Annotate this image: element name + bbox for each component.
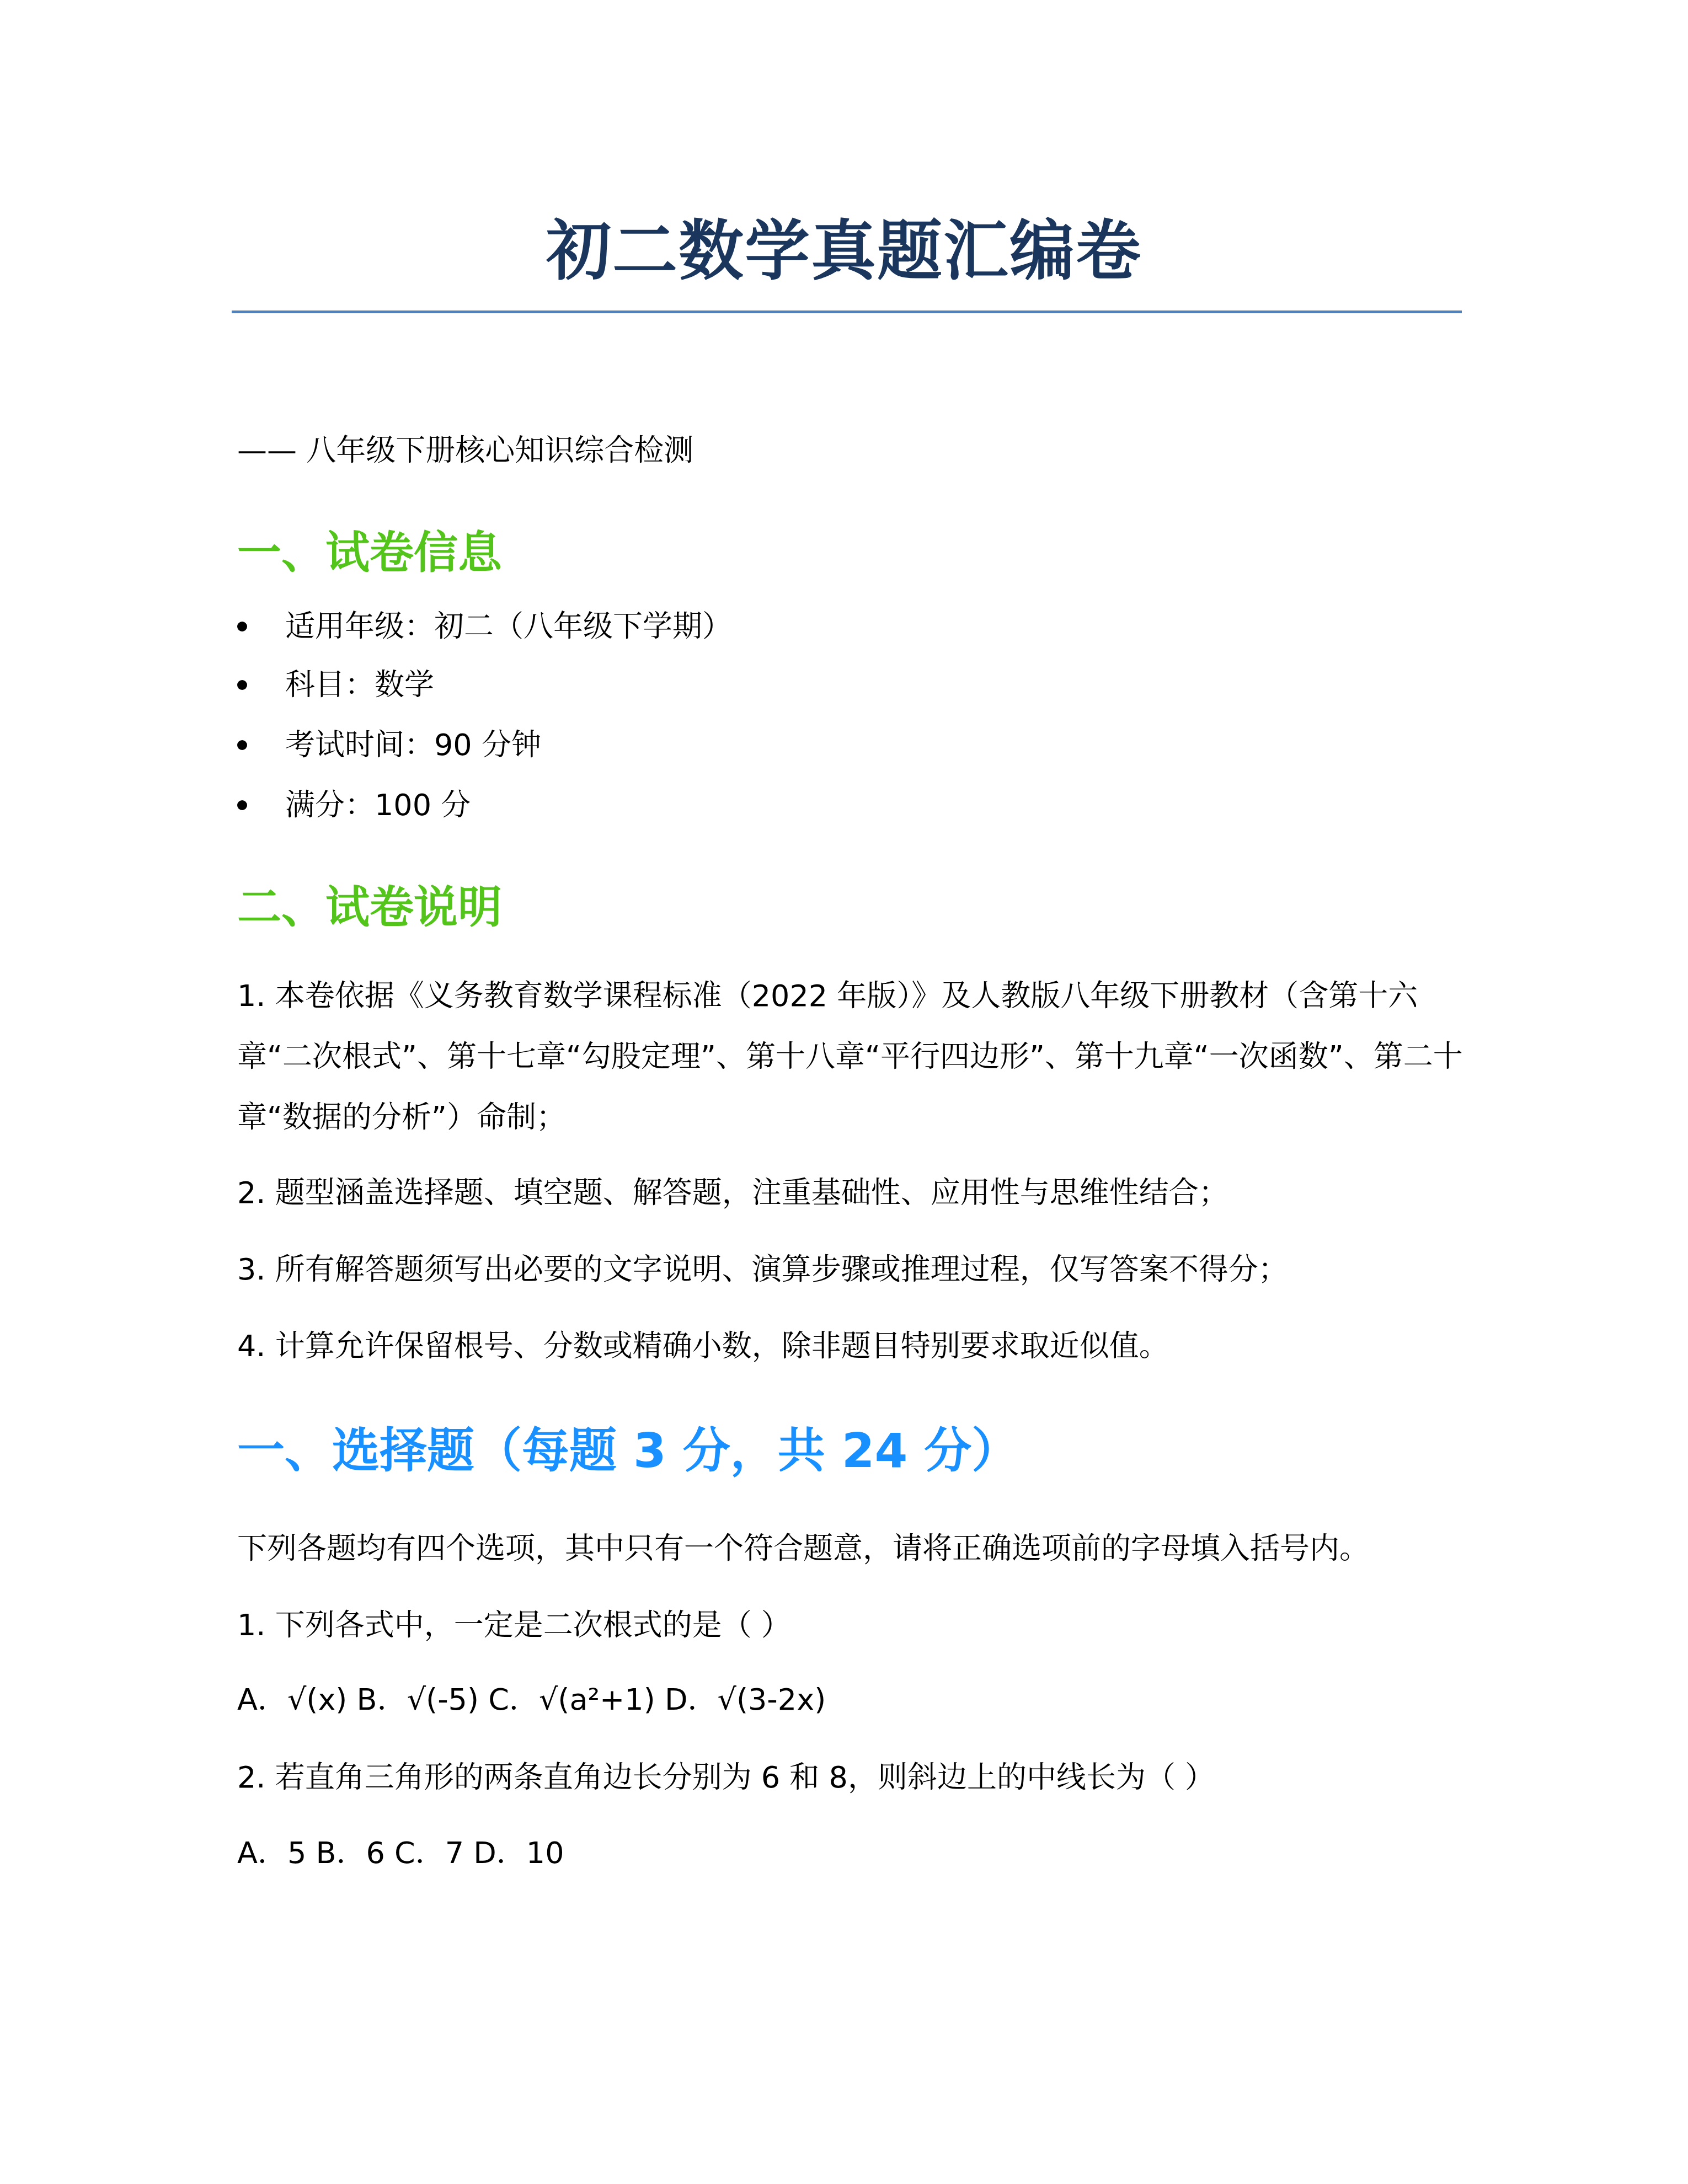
bullet-icon — [237, 622, 247, 631]
title-divider — [232, 311, 1462, 313]
question-2-options: A．5 B．6 C．7 D．10 — [237, 1834, 564, 1872]
bullet-icon — [237, 800, 247, 810]
list-item-grade: 适用年级：初二（八年级下学期） — [285, 607, 732, 646]
bullet-icon — [237, 680, 247, 690]
note-paragraph-3: 3. 所有解答题须写出必要的文字说明、演算步骤或推理过程，仅写答案不得分； — [237, 1250, 1288, 1289]
list-item-duration: 考试时间：90 分钟 — [285, 726, 541, 764]
question-1-options: A．√(x) B．√(-5) C．√(a²+1) D．√(3-2x) — [237, 1680, 826, 1719]
list-item-full-score: 满分：100 分 — [285, 786, 471, 825]
section-heading-exam-notes: 二、试卷说明 — [237, 880, 502, 935]
question-2-stem: 2. 若直角三角形的两条直角边长分别为 6 和 8，则斜边上的中线长为（ ） — [237, 1758, 1215, 1797]
question-1-stem: 1. 下列各式中，一定是二次根式的是（ ） — [237, 1606, 791, 1645]
note-paragraph-2: 2. 题型涵盖选择题、填空题、解答题，注重基础性、应用性与思维性结合； — [237, 1174, 1228, 1212]
section-heading-exam-info: 一、试卷信息 — [237, 525, 502, 580]
choice-instructions: 下列各题均有四个选项，其中只有一个符合题意，请将正确选项前的字母填入括号内。 — [237, 1529, 1369, 1568]
document-subtitle: —— 八年级下册核心知识综合检测 — [237, 431, 693, 470]
note-paragraph-4: 4. 计算允许保留根号、分数或精确小数，除非题目特别要求取近似值。 — [237, 1327, 1169, 1366]
document-title: 初二数学真题汇编卷 — [0, 215, 1688, 287]
list-item-subject: 科目：数学 — [285, 666, 434, 704]
note-paragraph-1: 1. 本卷依据《义务教育数学课程标准（2022 年版）》及人教版八年级下册教材（… — [237, 966, 1467, 1148]
bullet-icon — [237, 740, 247, 750]
section-heading-multiple-choice: 一、选择题（每题 3 分，共 24 分） — [237, 1421, 1019, 1481]
